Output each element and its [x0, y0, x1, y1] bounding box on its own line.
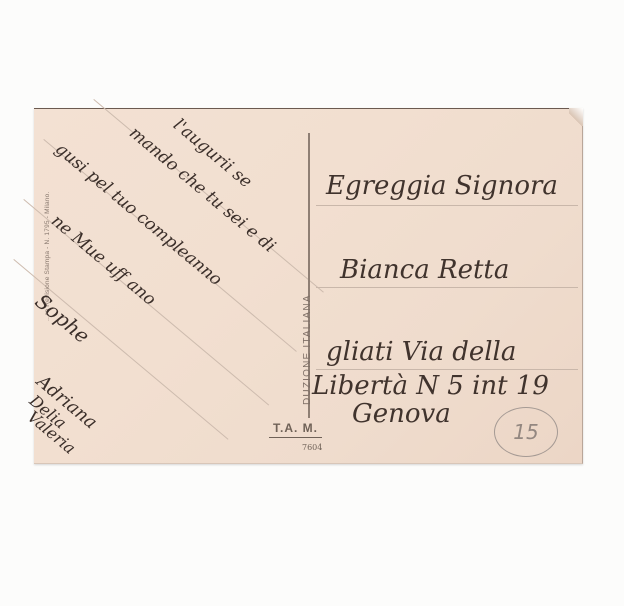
card-number: 7604: [302, 443, 322, 452]
address-line: Bianca Retta: [340, 255, 509, 285]
message-line: gusi pel tuo compleanno: [51, 139, 226, 290]
postcard-back: ...rn Revisione Stampa - N. 1795 - Milan…: [34, 108, 583, 464]
worn-corner: [569, 108, 583, 126]
address-line: Genova: [352, 399, 451, 429]
publisher-mark: T.A. M.: [269, 421, 322, 438]
address-line: Libertà N 5 int 19: [312, 371, 549, 401]
address-rule: [316, 369, 578, 370]
address-rule: [316, 287, 578, 288]
pencil-note: 15: [494, 407, 558, 457]
address-line: gliati Via della: [326, 337, 516, 367]
address-rule: [316, 205, 578, 206]
address-line: Egreggia Signora: [326, 171, 558, 201]
pencil-note-text: 15: [513, 420, 538, 444]
